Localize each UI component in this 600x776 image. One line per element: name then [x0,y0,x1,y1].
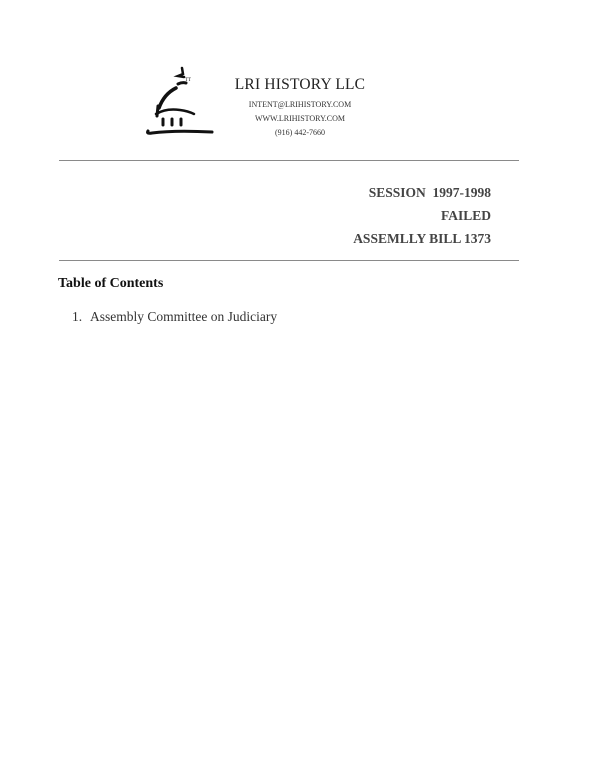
toc-item[interactable]: 1. Assembly Committee on Judiciary [72,309,277,325]
company-website: WWW.LRIHISTORY.COM [230,112,370,126]
bottom-divider [59,260,519,261]
company-email: INTENT@LRIHISTORY.COM [230,98,370,112]
toc-title: Table of Contents [58,276,163,292]
bill-status: FAILED [353,204,491,227]
company-name: LRI HISTORY LLC [230,76,370,94]
bill-info: SESSION 1997-1998 FAILED ASSEMLLY BILL 1… [353,181,491,250]
session-label: SESSION 1997-1998 [353,181,491,204]
capitol-dome-icon: TT [144,64,216,138]
toc-item-number: 1. [72,309,90,325]
bill-name: ASSEMLLY BILL 1373 [353,227,491,250]
toc-item-label[interactable]: Assembly Committee on Judiciary [90,309,277,325]
toc-list: 1. Assembly Committee on Judiciary [72,309,277,325]
company-phone: (916) 442-7660 [230,126,370,140]
top-divider [59,160,519,161]
company-header: LRI HISTORY LLC INTENT@LRIHISTORY.COM WW… [230,76,370,140]
